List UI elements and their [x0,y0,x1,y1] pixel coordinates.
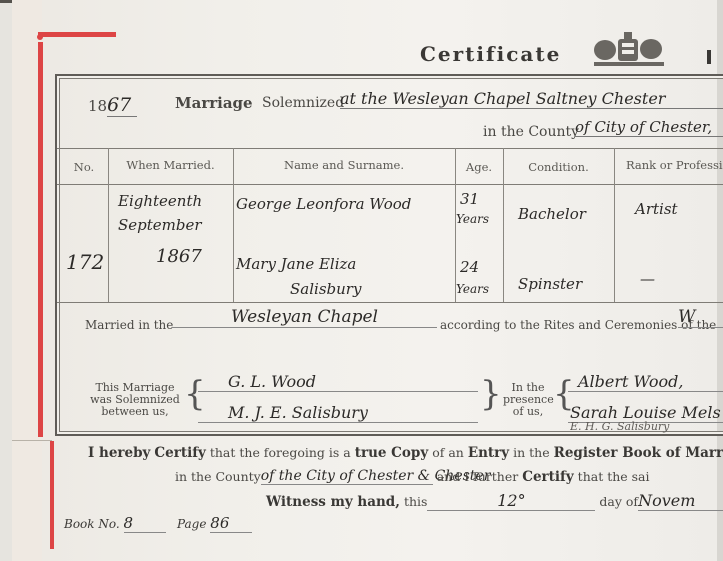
witness-day-value: 12° [427,491,595,511]
red-margin-rule-left [38,42,43,437]
presence-label: In the presence of us, [503,382,553,418]
cert-text: I hereby [88,445,150,461]
red-margin-rule-lower [50,441,54,549]
county-label: in the County [483,124,579,140]
book-value: 8 [124,514,166,533]
marriage-place: at the Wesleyan Chapel Saltney Chester [340,89,723,109]
when-married-month: September [118,216,202,234]
witness-month-value: Novem [638,491,723,511]
groom-name: George Leonfora Wood [236,195,411,213]
married-in-label: Married in the [85,318,173,332]
cert-text: in the [513,445,550,460]
witness3-signature: E. H. G. Salisbury [570,420,723,433]
page-value: 86 [210,514,252,533]
cert-text: true Copy [355,445,429,461]
party1-signature: G. L. Wood [198,372,478,392]
bride-age: 24 [460,258,479,276]
certification-line-1: I hereby Certify that the foregoing is a… [88,445,723,461]
paper-tear [12,440,52,441]
witness-line: Witness my hand, this12° day ofNovem [266,491,723,511]
when-married-year: 1867 [156,246,202,267]
cert-text: of an [432,445,464,460]
rites-value: W [678,307,723,328]
cert-text: Entry [468,445,509,461]
county-value: of City of Chester, [575,118,723,137]
table-header-rule [57,184,723,185]
cert-text: that the sai [578,469,650,484]
col-header-no: No. [60,160,108,174]
year-prefix: 18 [88,97,107,115]
table-bottom-rule [57,302,723,303]
cert-text: Certify [522,469,573,485]
bride-name-line1: Mary Jane Eliza [236,255,356,273]
married-in-value: Wesleyan Chapel [172,307,437,328]
cert-text: that the foregoing is a [210,445,351,460]
solemnized-label: Solemnized [262,95,344,111]
groom-condition: Bachelor [518,205,586,223]
bride-rank: — [640,270,655,288]
day-of-label: day of [599,494,638,509]
solemnized-between-label: This Marriage was Solemnized between us, [85,382,185,418]
page-label: Page [177,517,206,531]
bride-age-unit: Years [456,282,489,296]
witness-this: this [404,494,428,509]
book-label: Book No. [64,517,120,531]
rites-label: according to the Rites and Ceremonies of… [440,318,716,332]
marriage-label: Marriage [175,94,253,112]
entry-number: 172 [66,250,104,274]
table-top-rule [57,148,723,149]
groom-age: 31 [460,190,479,208]
certificate-title: Certificate [420,42,561,66]
year-value: 67 [107,94,137,117]
cert-county-value: of the City of Chester & Chester [261,468,433,485]
certification-line-2: in the Countyof the City of Chester & Ch… [175,468,650,485]
bride-name-line2: Salisbury [290,280,361,298]
cert-county-label: in the County [175,469,261,484]
year-field: 1867 [88,94,137,117]
col-header-name: Name and Surname. [233,158,455,172]
when-married-day: Eighteenth [118,192,202,210]
header-fragment [707,50,711,64]
bride-condition: Spinster [518,275,582,293]
red-margin-corner [37,34,43,40]
groom-rank: Artist [635,200,678,218]
book-page-reference: Book No. 8 Page 86 [64,514,252,533]
col-header-age: Age. [455,160,503,174]
coat-of-arms-icon [588,30,670,68]
red-margin-rule-top [38,32,116,37]
party2-signature: M. J. E. Salisbury [198,403,478,423]
groom-age-unit: Years [456,212,489,226]
cert-text: Certify [154,445,205,461]
col-divider [614,148,615,302]
cert-text: Register Book of Marria [554,445,723,461]
cert-text: and I further [437,469,519,484]
col-header-when-married: When Married. [108,158,233,172]
witness-label: Witness my hand, [266,494,400,510]
col-header-rank: Rank or Professi [626,158,723,172]
witness1-signature: Albert Wood, [568,372,723,392]
brace-right: } [480,377,502,411]
col-header-condition: Condition. [503,160,614,174]
